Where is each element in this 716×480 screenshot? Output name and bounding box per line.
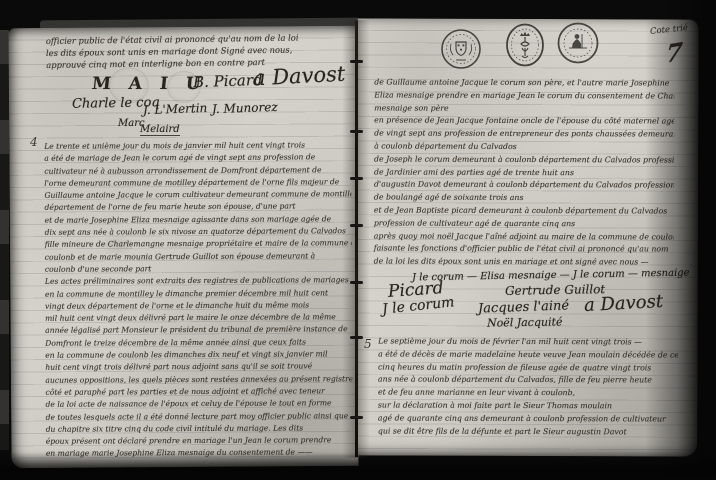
signature-munorez: J. Munorez: [212, 100, 278, 116]
manuscript-line: qui se dit être fils de la défunte et pa…: [378, 425, 678, 439]
margin-act-number: 4: [30, 135, 38, 149]
binding-stitch: [350, 130, 363, 133]
manuscript-line: Eliza mesnaige prendre en mariage Jean l…: [374, 89, 674, 103]
manuscript-line: coulonb et de marie mounia Gertrude Guil…: [45, 250, 352, 264]
manuscript-line: de toutes lesquels acte il a été donné l…: [46, 410, 353, 424]
manuscript-line: huit cent vingt trois délivré part nous …: [45, 361, 352, 375]
manuscript-line: de Guillaume antoine Jacque le corum son…: [374, 76, 674, 90]
binding-stitch: [350, 60, 363, 63]
manuscript-line: de la loi les dits époux sont unis en ma…: [374, 256, 674, 270]
manuscript-line: d'augustin Davot demeurant à coulonb dép…: [374, 179, 674, 193]
manuscript-line: profession de cultivateur agé de quarant…: [374, 217, 674, 231]
manuscript-line: de boulangé agé de soixante trois ans: [374, 192, 674, 206]
underlying-page-edges: [0, 30, 9, 450]
binding-stitch: [350, 281, 363, 284]
manuscript-line: Le septième jour du mois de février l'an…: [378, 335, 678, 349]
scanned-register-spread: officier public de l'état civil ai prono…: [0, 0, 716, 480]
manuscript-line: et de feu anne marianne en leur vivant à…: [378, 387, 678, 401]
manuscript-line: a été de mariage de Jean le corum agé de…: [44, 151, 351, 165]
manuscript-line: cinq heures du matin profession de fileu…: [378, 361, 678, 375]
manuscript-line: ans née à coulonb département du Calvado…: [378, 374, 678, 388]
signature-davost: a Davost: [252, 62, 345, 91]
manuscript-line: de Joseph le corum demeurant à coulonb d…: [374, 153, 674, 167]
manuscript-line: après quoy moi noël Jacque l'aîné adjoin…: [374, 230, 674, 244]
manuscript-line: année légalisé part Monsieur le présiden…: [45, 324, 352, 338]
manuscript-line: mesnaige son père: [374, 102, 674, 116]
crowned-monogram-stamp: [503, 22, 547, 68]
marriage-act-text: Le trente et unième jour du mois de janv…: [44, 139, 353, 460]
margin-act-number: 5: [364, 337, 372, 351]
signature-melaird: Melaird: [140, 124, 180, 136]
binding-stitch: [350, 177, 363, 180]
manuscript-line: de Jardinier ami des parties agé de tren…: [374, 166, 674, 180]
manuscript-line: a été de décès de marie madelaine heute …: [378, 348, 678, 362]
marriage-act-continuation-text: de Guillaume antoine Jacque le corum son…: [374, 76, 675, 269]
manuscript-line: fille mineure de Charlemangne mesnaige p…: [45, 238, 352, 252]
seated-figure-stamp: [556, 21, 600, 65]
scan-right-edge-shadow: [645, 0, 716, 480]
signature-jacques: Jacques l'ainé: [478, 298, 570, 316]
manuscript-line: en présence de Jean Jacque fontaine oncl…: [374, 115, 674, 129]
scan-bottom-edge-shadow: [0, 452, 716, 480]
manuscript-line: Guillaume antoine Jacque le corum cultiv…: [44, 188, 351, 202]
manuscript-line: de la loi acte de naissance de l'époux e…: [46, 397, 353, 411]
manuscript-line: agé de quarante cinq ans demeurant à cou…: [378, 412, 678, 426]
manuscript-line: et de Jean Baptiste picard demeurant à c…: [374, 204, 674, 218]
binding-stitch: [350, 224, 363, 227]
manuscript-line: sur la déclaration à moi faite part le S…: [378, 399, 678, 413]
signature-maiu: M A I U: [91, 74, 208, 94]
manuscript-line: Les actes préliminaires sont extraits de…: [45, 274, 352, 288]
manuscript-line: de vingt sept ans profession de entrepre…: [374, 128, 674, 142]
armorial-shield-stamp: [440, 28, 482, 70]
manuscript-line: faisante les fonctions d'officier public…: [374, 243, 674, 257]
signature-jacquite: Noël Jacquité: [487, 315, 563, 329]
signature-lmertin: J. L'Mertin: [143, 101, 208, 117]
death-act-text: Le septième jour du mois de février l'an…: [378, 335, 678, 438]
manuscript-line: à coulonb département du Calvados: [374, 140, 674, 154]
binding-fold-line: [355, 21, 358, 457]
